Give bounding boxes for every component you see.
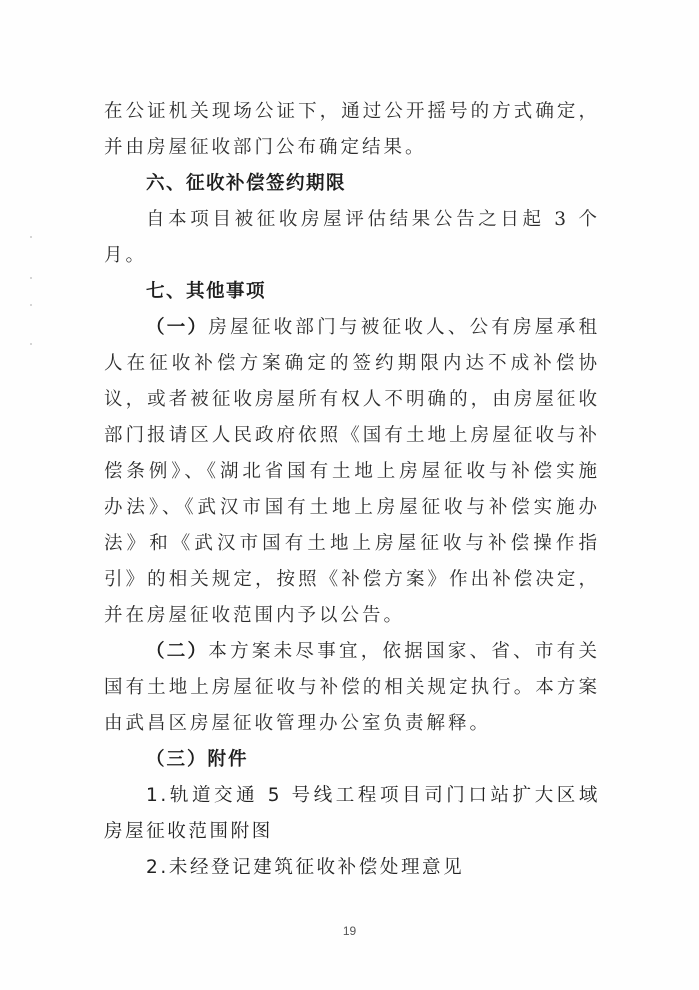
page-number: 19 [0,924,699,938]
attachment-1: 1.轨道交通 5 号线工程项目司门口站扩大区域房屋征收范围附图 [104,778,600,850]
item-three-label: （三） [146,749,208,770]
paragraph-continuation: 在公证机关现场公证下，通过公开摇号的方式确定，并由房屋征收部门公布确定结果。 [104,94,600,166]
document-page: 在公证机关现场公证下，通过公开摇号的方式确定，并由房屋征收部门公布确定结果。 六… [0,0,699,990]
item-one-text: 房屋征收部门与被征收人、公有房屋承租人在征收补偿方案确定的签约期限内达不成补偿协… [104,317,600,626]
item-two-label: （二） [146,641,208,662]
paragraph-signing-period: 自本项目被征收房屋评估结果公告之日起 3 个月。 [104,202,600,274]
section-heading-seven: 七、其他事项 [104,274,600,310]
scan-mark [30,277,32,279]
item-three: （三）附件 [104,742,600,778]
item-one-label: （一） [146,317,208,338]
item-two: （二）本方案未尽事宜，依据国家、省、市有关国有土地上房屋征收与补偿的相关规定执行… [104,634,600,742]
document-body: 在公证机关现场公证下，通过公开摇号的方式确定，并由房屋征收部门公布确定结果。 六… [104,94,600,886]
section-heading-six: 六、征收补偿签约期限 [104,166,600,202]
item-one: （一）房屋征收部门与被征收人、公有房屋承租人在征收补偿方案确定的签约期限内达不成… [104,310,600,634]
item-three-text: 附件 [208,749,249,770]
scan-mark [30,304,32,306]
scan-mark [30,343,32,345]
scan-mark [30,236,32,238]
attachment-2: 2.未经登记建筑征收补偿处理意见 [104,850,600,886]
